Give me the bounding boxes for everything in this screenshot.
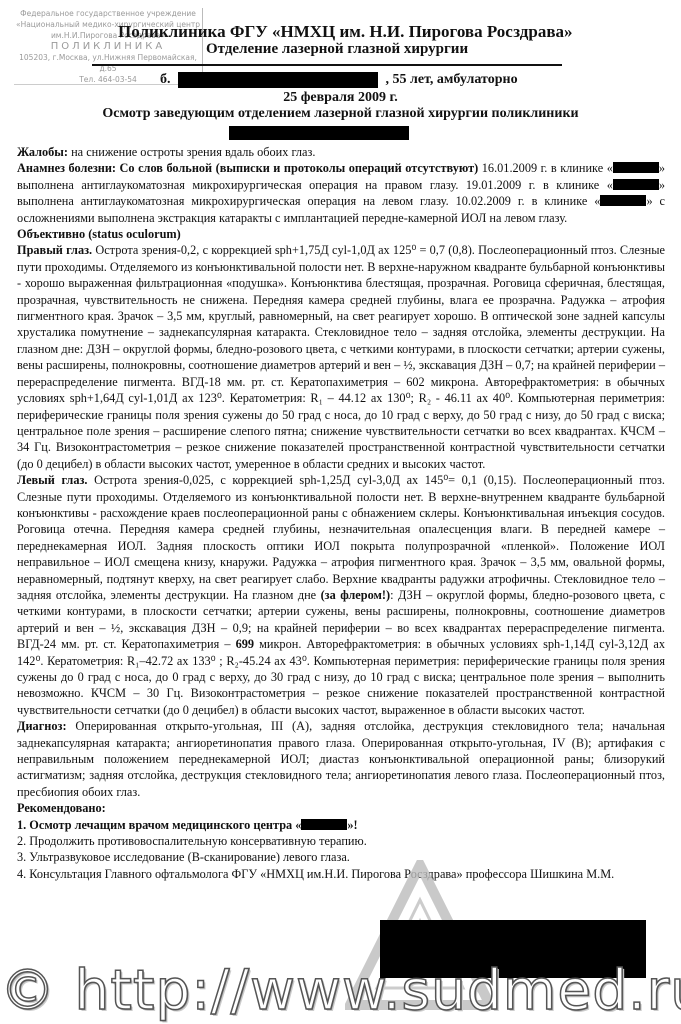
exam-date: 25 февраля 2009 г. <box>0 90 681 106</box>
patient-line: б. , 55 лет, амбулаторно <box>160 72 518 88</box>
stamp-line: 105203, г.Москва, ул.Нижняя Первомайская… <box>14 52 202 74</box>
recommendations-label: Рекомендовано: <box>17 801 106 815</box>
recommendation-item: 1. Осмотр лечащим врачом медицинского це… <box>17 817 665 833</box>
patient-info: , 55 лет, амбулаторно <box>386 72 518 87</box>
left-eye-emphasis: 699 <box>236 637 254 651</box>
redacted-clinic <box>613 179 659 190</box>
anamnesis-label: Анамнез болезни: Со слов больной (выписк… <box>17 161 478 175</box>
recommendation-text: 1. Осмотр лечащим врачом медицинского це… <box>17 818 301 832</box>
redacted-clinic <box>613 162 659 173</box>
diagnosis-label: Диагноз: <box>17 719 67 733</box>
redacted-doctor-name <box>229 126 409 140</box>
left-eye-label: Левый глаз. <box>17 473 87 487</box>
diagnosis-section: Диагноз: Оперированная открыто-угольная,… <box>17 718 665 800</box>
left-eye-text: Острота зрения-0,025, с коррекцией sph-1… <box>17 473 665 602</box>
header-divider <box>92 64 562 66</box>
right-eye-label: Правый глаз. <box>17 243 92 257</box>
complaints-label: Жалобы: <box>17 145 68 159</box>
patient-prefix: б. <box>160 72 171 87</box>
recommendation-item: 4. Консультация Главного офтальмолога ФГ… <box>17 866 665 882</box>
left-eye-emphasis: (за флером!) <box>321 588 391 602</box>
redacted-patient-name <box>178 72 378 88</box>
watermark: © http://www.sudmed.ru <box>0 958 681 1022</box>
objective-heading: Объективно (status oculorum) <box>17 226 665 242</box>
stamp-line: Федеральное государственное учреждение <box>14 8 202 19</box>
exam-title: Осмотр заведующим отделением лазерной гл… <box>0 106 681 122</box>
diagnosis-text: Оперированная открыто-угольная, III (А),… <box>17 719 665 799</box>
stamp-line: ПОЛИКЛИНИКА <box>14 41 202 52</box>
recommendation-text: »! <box>347 818 357 832</box>
recommendation-item: 3. Ультразвуковое исследование (В-сканир… <box>17 849 665 865</box>
anamnesis-section: Анамнез болезни: Со слов больной (выписк… <box>17 160 665 226</box>
left-eye-section: Левый глаз. Острота зрения-0,025, с корр… <box>17 472 665 718</box>
recommendations-heading: Рекомендовано: <box>17 800 665 816</box>
clinic-title: Поликлиника ФГУ «НМХЦ им. Н.И. Пирогова … <box>118 22 573 42</box>
redacted-center <box>301 819 347 830</box>
complaints-text: на снижение остроты зрения вдаль обоих г… <box>68 145 315 159</box>
recommendation-item: 2. Продолжить противовоспалительную конс… <box>17 833 665 849</box>
document-page: Федеральное государственное учреждение «… <box>0 0 681 1024</box>
right-eye-text: Острота зрения-0,2, с коррекцией sph+1,7… <box>17 243 665 470</box>
complaints-section: Жалобы: на снижение остроты зрения вдаль… <box>17 144 665 160</box>
department-title: Отделение лазерной глазной хирургии <box>206 41 468 58</box>
document-body: Жалобы: на снижение остроты зрения вдаль… <box>17 144 665 882</box>
recommendations-list: 1. Осмотр лечащим врачом медицинского це… <box>17 817 665 883</box>
anamnesis-text: 16.01.2009 г. в клинике « <box>478 161 613 175</box>
redacted-clinic <box>600 195 646 206</box>
objective-label: Объективно (status oculorum) <box>17 227 181 241</box>
right-eye-section: Правый глаз. Острота зрения-0,2, с корре… <box>17 242 665 472</box>
